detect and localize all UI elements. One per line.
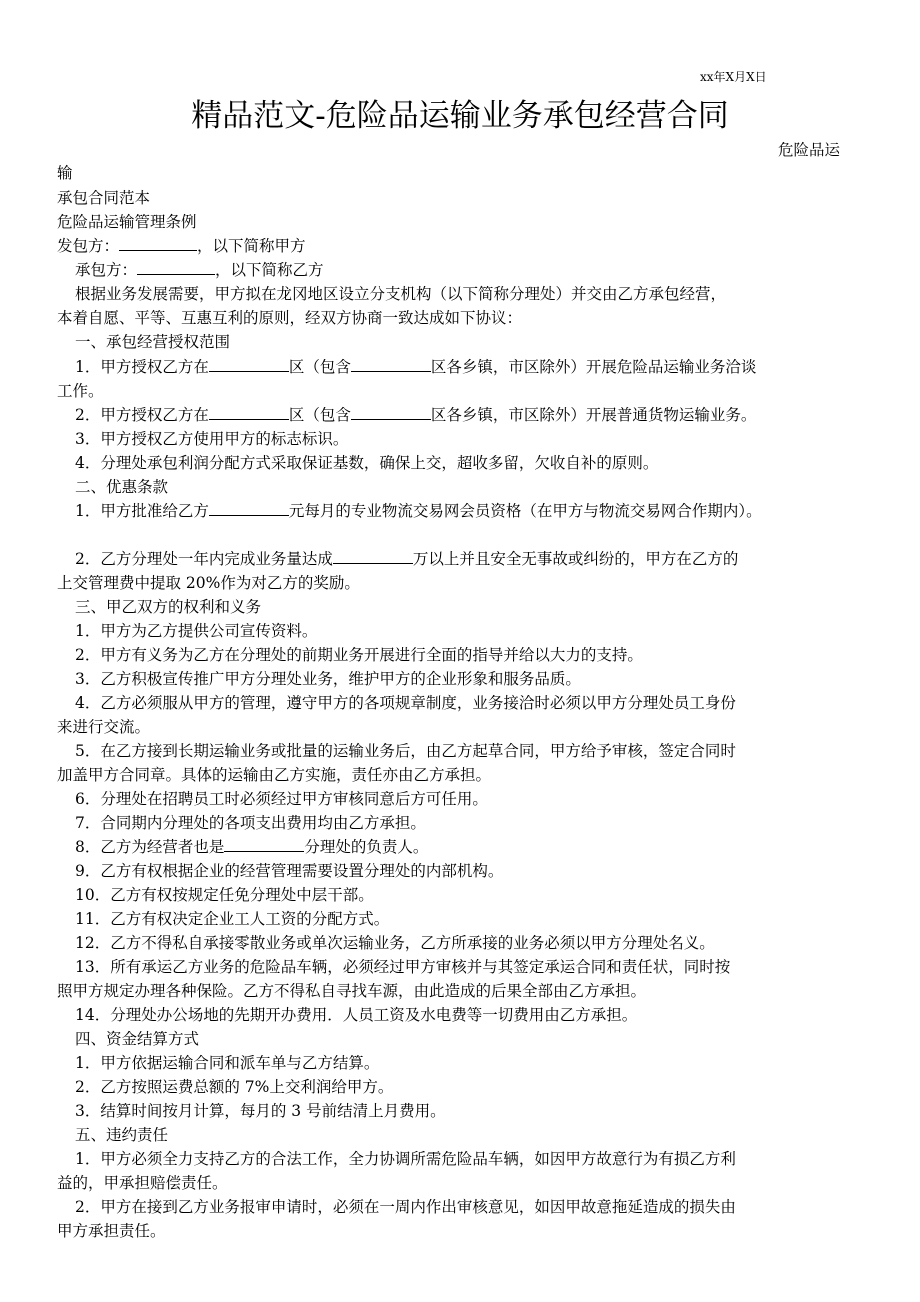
text-line: 根据业务发展需要，甲方拟在龙冈地区设立分支机构（以下简称分理处）并交由乙方承包经… <box>75 284 726 304</box>
text-span: 区各乡镇，市区除外）开展危险品运输业务洽谈 <box>431 358 757 376</box>
fill-in-blank[interactable] <box>351 405 431 420</box>
fill-in-blank[interactable] <box>209 501 289 516</box>
text-line: 1．甲方为乙方提供公司宣传资料。 <box>75 621 317 641</box>
text-line: 1．甲方依据运输合同和派车单与乙方结算。 <box>75 1053 379 1073</box>
text-span: 区（包含 <box>289 358 351 376</box>
text-span: 区各乡镇，市区除外）开展普通货物运输业务。 <box>431 406 757 424</box>
text-line: 工作。 <box>57 381 104 401</box>
text-line: 1．甲方批准给乙方元每月的专业物流交易网会员资格（在甲方与物流交易网合作期内）。 <box>75 501 762 521</box>
text-line: 5．在乙方接到长期运输业务或批量的运输业务后，由乙方起草合同，甲方给予审核，签定… <box>75 741 736 761</box>
text-line: 来进行交流。 <box>57 717 150 737</box>
text-span: 2．乙方分理处一年内完成业务量达成 <box>75 550 333 568</box>
text-line: 8．乙方为经营者也是分理处的负责人。 <box>75 837 428 857</box>
fill-in-blank[interactable] <box>119 236 197 251</box>
text-span: 元每月的专业物流交易网会员资格（在甲方与物流交易网合作期内）。 <box>289 502 762 520</box>
text-line: 输 <box>57 163 73 183</box>
document-page: xx年X月X日 精品范文-危险品运输业务承包经营合同 危险品运 输承包合同范本危… <box>0 0 920 1302</box>
text-span: 分理处的负责人。 <box>304 838 428 856</box>
text-line: 1．甲方授权乙方在区（包含区各乡镇，市区除外）开展危险品运输业务洽谈 <box>75 357 756 377</box>
text-line: 2．甲方有义务为乙方在分理处的前期业务开展进行全面的指导并给以大力的支持。 <box>75 645 643 665</box>
text-line: 11．乙方有权决定企业工人工资的分配方式。 <box>75 909 389 929</box>
text-line: 加盖甲方合同章。具体的运输由乙方实施，责任亦由乙方承担。 <box>57 765 491 785</box>
text-line: 益的，甲承担赔偿责任。 <box>57 1173 228 1193</box>
text-line: 上交管理费中提取 20%作为对乙方的奖励。 <box>57 573 360 593</box>
document-date: xx年X月X日 <box>700 68 767 85</box>
text-line: 10．乙方有权按规定任免分理处中层干部。 <box>75 885 374 905</box>
fill-in-blank[interactable] <box>209 405 289 420</box>
fill-in-blank[interactable] <box>224 837 304 852</box>
text-line: 2．乙方分理处一年内完成业务量达成万以上并且安全无事故或纠纷的，甲方在乙方的 <box>75 549 738 569</box>
fill-in-blank[interactable] <box>209 357 289 372</box>
text-line: 12．乙方不得私自承接零散业务或单次运输业务，乙方所承接的业务必须以甲方分理处名… <box>75 933 715 953</box>
text-line: 6．分理处在招聘员工时必须经过甲方审核同意后方可任用。 <box>75 789 488 809</box>
text-line: 一、承包经营授权范围 <box>75 332 230 352</box>
text-span: 万以上并且安全无事故或纠纷的，甲方在乙方的 <box>413 550 739 568</box>
text-span: 1．甲方批准给乙方 <box>75 502 209 520</box>
text-span: ，以下简称甲方 <box>197 237 306 255</box>
text-span: 8．乙方为经营者也是 <box>75 838 224 856</box>
document-title: 精品范文-危险品运输业务承包经营合同 <box>0 90 920 135</box>
text-line: 3．乙方积极宣传推广甲方分理处业务，维护甲方的企业形象和服务品质。 <box>75 669 581 689</box>
text-span: 承包方： <box>75 261 137 279</box>
text-line: 13．所有承运乙方业务的危险品车辆，必须经过甲方审核并与其签定承运合同和责任状，… <box>75 957 730 977</box>
text-span: 1．甲方授权乙方在 <box>75 358 209 376</box>
text-line: 三、甲乙双方的权利和义务 <box>75 597 261 617</box>
fill-in-blank[interactable] <box>351 357 431 372</box>
text-line: 14．分理处办公场地的先期开办费用．人员工资及水电费等一切费用由乙方承担。 <box>75 1005 637 1025</box>
text-line: 2．乙方按照运费总额的 7%上交利润给甲方。 <box>75 1077 393 1097</box>
text-line: 发包方：，以下简称甲方 <box>57 236 306 256</box>
text-line: 1．甲方必须全力支持乙方的合法工作，全力协调所需危险品车辆，如因甲方故意行为有损… <box>75 1149 736 1169</box>
fill-in-blank[interactable] <box>137 260 215 275</box>
text-span: 2．甲方授权乙方在 <box>75 406 209 424</box>
text-line: 二、优惠条款 <box>75 477 168 497</box>
text-line: 2．甲方在接到乙方业务报审申请时，必须在一周内作出审核意见，如因甲故意拖延造成的… <box>75 1197 736 1217</box>
text-line: 五、违约责任 <box>75 1125 168 1145</box>
text-line: 7．合同期内分理处的各项支出费用均由乙方承担。 <box>75 813 426 833</box>
text-line: 3．结算时间按月计算，每月的 3 号前结清上月费用。 <box>75 1101 446 1121</box>
text-span: ，以下简称乙方 <box>215 261 324 279</box>
text-line: 甲方承担责任。 <box>57 1221 166 1241</box>
text-line: 照甲方规定办理各种保险。乙方不得私自寻找车源，由此造成的后果全部由乙方承担。 <box>57 981 646 1001</box>
text-span: 区（包含 <box>289 406 351 424</box>
text-line: 9．乙方有权根据企业的经营管理需要设置分理处的内部机构。 <box>75 861 503 881</box>
text-line: 危险品运输管理条例 <box>57 212 197 232</box>
text-line: 4．分理处承包利润分配方式采取保证基数，确保上交，超收多留，欠收自补的原则。 <box>75 453 658 473</box>
fill-in-blank[interactable] <box>333 549 413 564</box>
text-line: 4．乙方必须服从甲方的管理，遵守甲方的各项规章制度，业务接洽时必须以甲方分理处员… <box>75 693 736 713</box>
text-line: 2．甲方授权乙方在区（包含区各乡镇，市区除外）开展普通货物运输业务。 <box>75 405 756 425</box>
text-line: 承包合同范本 <box>57 188 150 208</box>
text-line: 四、资金结算方式 <box>75 1029 199 1049</box>
text-line: 3．甲方授权乙方使用甲方的标志标识。 <box>75 429 348 449</box>
text-span: 发包方： <box>57 237 119 255</box>
text-line: 承包方：，以下简称乙方 <box>75 260 324 280</box>
text-line: 本着自愿、平等、互惠互利的原则，经双方协商一致达成如下协议： <box>57 308 522 328</box>
header-fragment: 危险品运 <box>778 138 840 160</box>
